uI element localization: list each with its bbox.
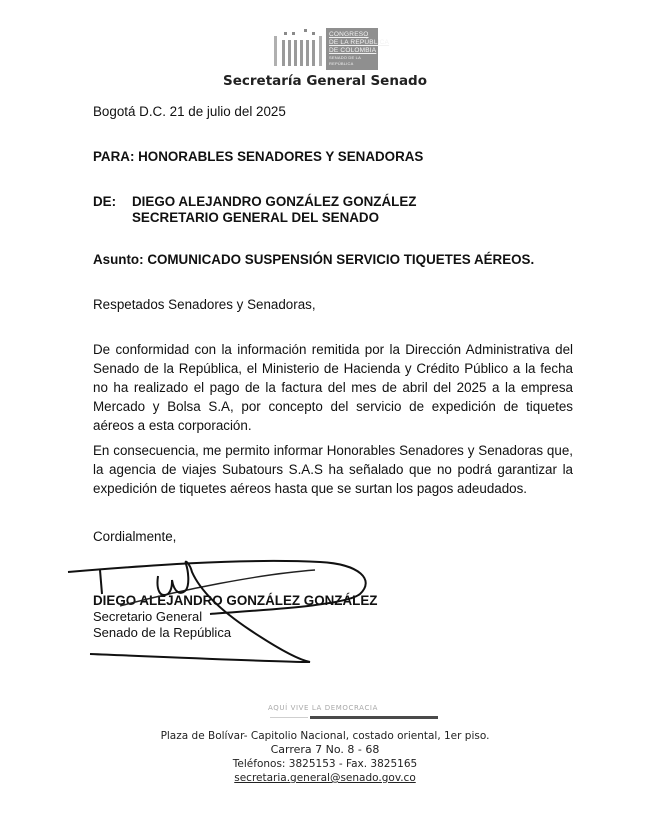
footer-motto: AQUÍ VIVE LA DEMOCRACIA bbox=[268, 704, 378, 712]
sender-title: SECRETARIO GENERAL DEL SENADO bbox=[132, 208, 379, 227]
logo-line-3: DE COLOMBIA bbox=[329, 47, 375, 55]
letter-date: Bogotá D.C. 21 de julio del 2025 bbox=[93, 102, 286, 121]
body-paragraph-1: De conformidad con la información remiti… bbox=[93, 340, 573, 435]
recipient-line: PARA: HONORABLES SENADORES Y SENADORAS bbox=[93, 147, 423, 166]
motto-rule-light bbox=[270, 717, 308, 718]
sender-label: DE: bbox=[93, 192, 116, 211]
footer-email-line: secretaria.general@senado.gov.co bbox=[0, 771, 650, 785]
greeting: Respetados Senadores y Senadoras, bbox=[93, 295, 316, 314]
footer-phones: Teléfonos: 3825153 - Fax. 3825165 bbox=[0, 757, 650, 771]
logo-text-box: CONGRESO DE LA REPÚBLICA DE COLOMBIA SEN… bbox=[326, 28, 378, 70]
logo-line-1: CONGRESO bbox=[329, 31, 375, 39]
footer-email-link[interactable]: secretaria.general@senado.gov.co bbox=[234, 772, 416, 784]
signatory-org: Senado de la República bbox=[93, 623, 231, 642]
logo-subline: SENADO DE LA REPÚBLICA bbox=[329, 55, 375, 67]
body-paragraph-2: En consecuencia, me permito informar Hon… bbox=[93, 441, 573, 498]
subject-text: COMUNICADO SUSPENSIÓN SERVICIO TIQUETES … bbox=[147, 252, 534, 267]
footer-street: Carrera 7 No. 8 - 68 bbox=[0, 743, 650, 757]
footer-address: Plaza de Bolívar- Capitolio Nacional, co… bbox=[0, 729, 650, 743]
logo-line-2: DE LA REPÚBLICA bbox=[329, 39, 375, 47]
congreso-logo: CONGRESO DE LA REPÚBLICA DE COLOMBIA SEN… bbox=[272, 28, 378, 70]
subject-line: Asunto: COMUNICADO SUSPENSIÓN SERVICIO T… bbox=[93, 250, 534, 269]
letterhead-title: Secretaría General Senado bbox=[0, 73, 650, 89]
subject-label: Asunto: bbox=[93, 252, 144, 267]
closing: Cordialmente, bbox=[93, 527, 176, 546]
motto-rule bbox=[310, 716, 438, 719]
capitol-columns-icon bbox=[272, 28, 324, 70]
